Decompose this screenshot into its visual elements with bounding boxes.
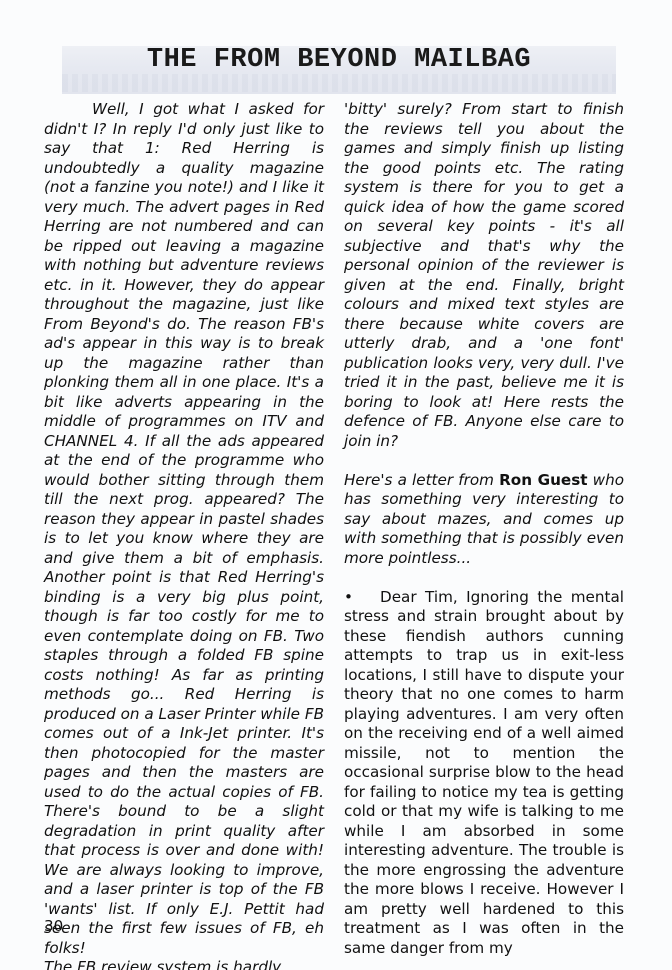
page-title: THE FROM BEYOND MAILBAG	[62, 43, 616, 77]
reader-letter-paragraph: •Dear Tim, Ignoring the mental stress an…	[344, 588, 624, 959]
letter-author-name: Ron Guest	[499, 471, 587, 489]
bullet-icon: •	[344, 588, 380, 608]
page-number: 30	[44, 917, 63, 937]
magazine-page: THE FROM BEYOND MAILBAG Well, I got what…	[0, 0, 672, 970]
left-column: Well, I got what I asked for didn't I? I…	[44, 100, 324, 970]
right-column: 'bitty' surely? From start to finish the…	[344, 100, 624, 958]
letter-intro-paragraph: Here's a letter from Ron Guest who has s…	[344, 471, 624, 569]
review-system-paragraph: The FB review system is hardly	[44, 958, 324, 970]
intro-text-before: Here's a letter from	[344, 471, 499, 489]
reader-letter-text: Dear Tim, Ignoring the mental stress and…	[344, 588, 624, 957]
editor-reply-paragraph: Well, I got what I asked for didn't I? I…	[44, 100, 324, 958]
review-system-continued-paragraph: 'bitty' surely? From start to finish the…	[344, 100, 624, 451]
